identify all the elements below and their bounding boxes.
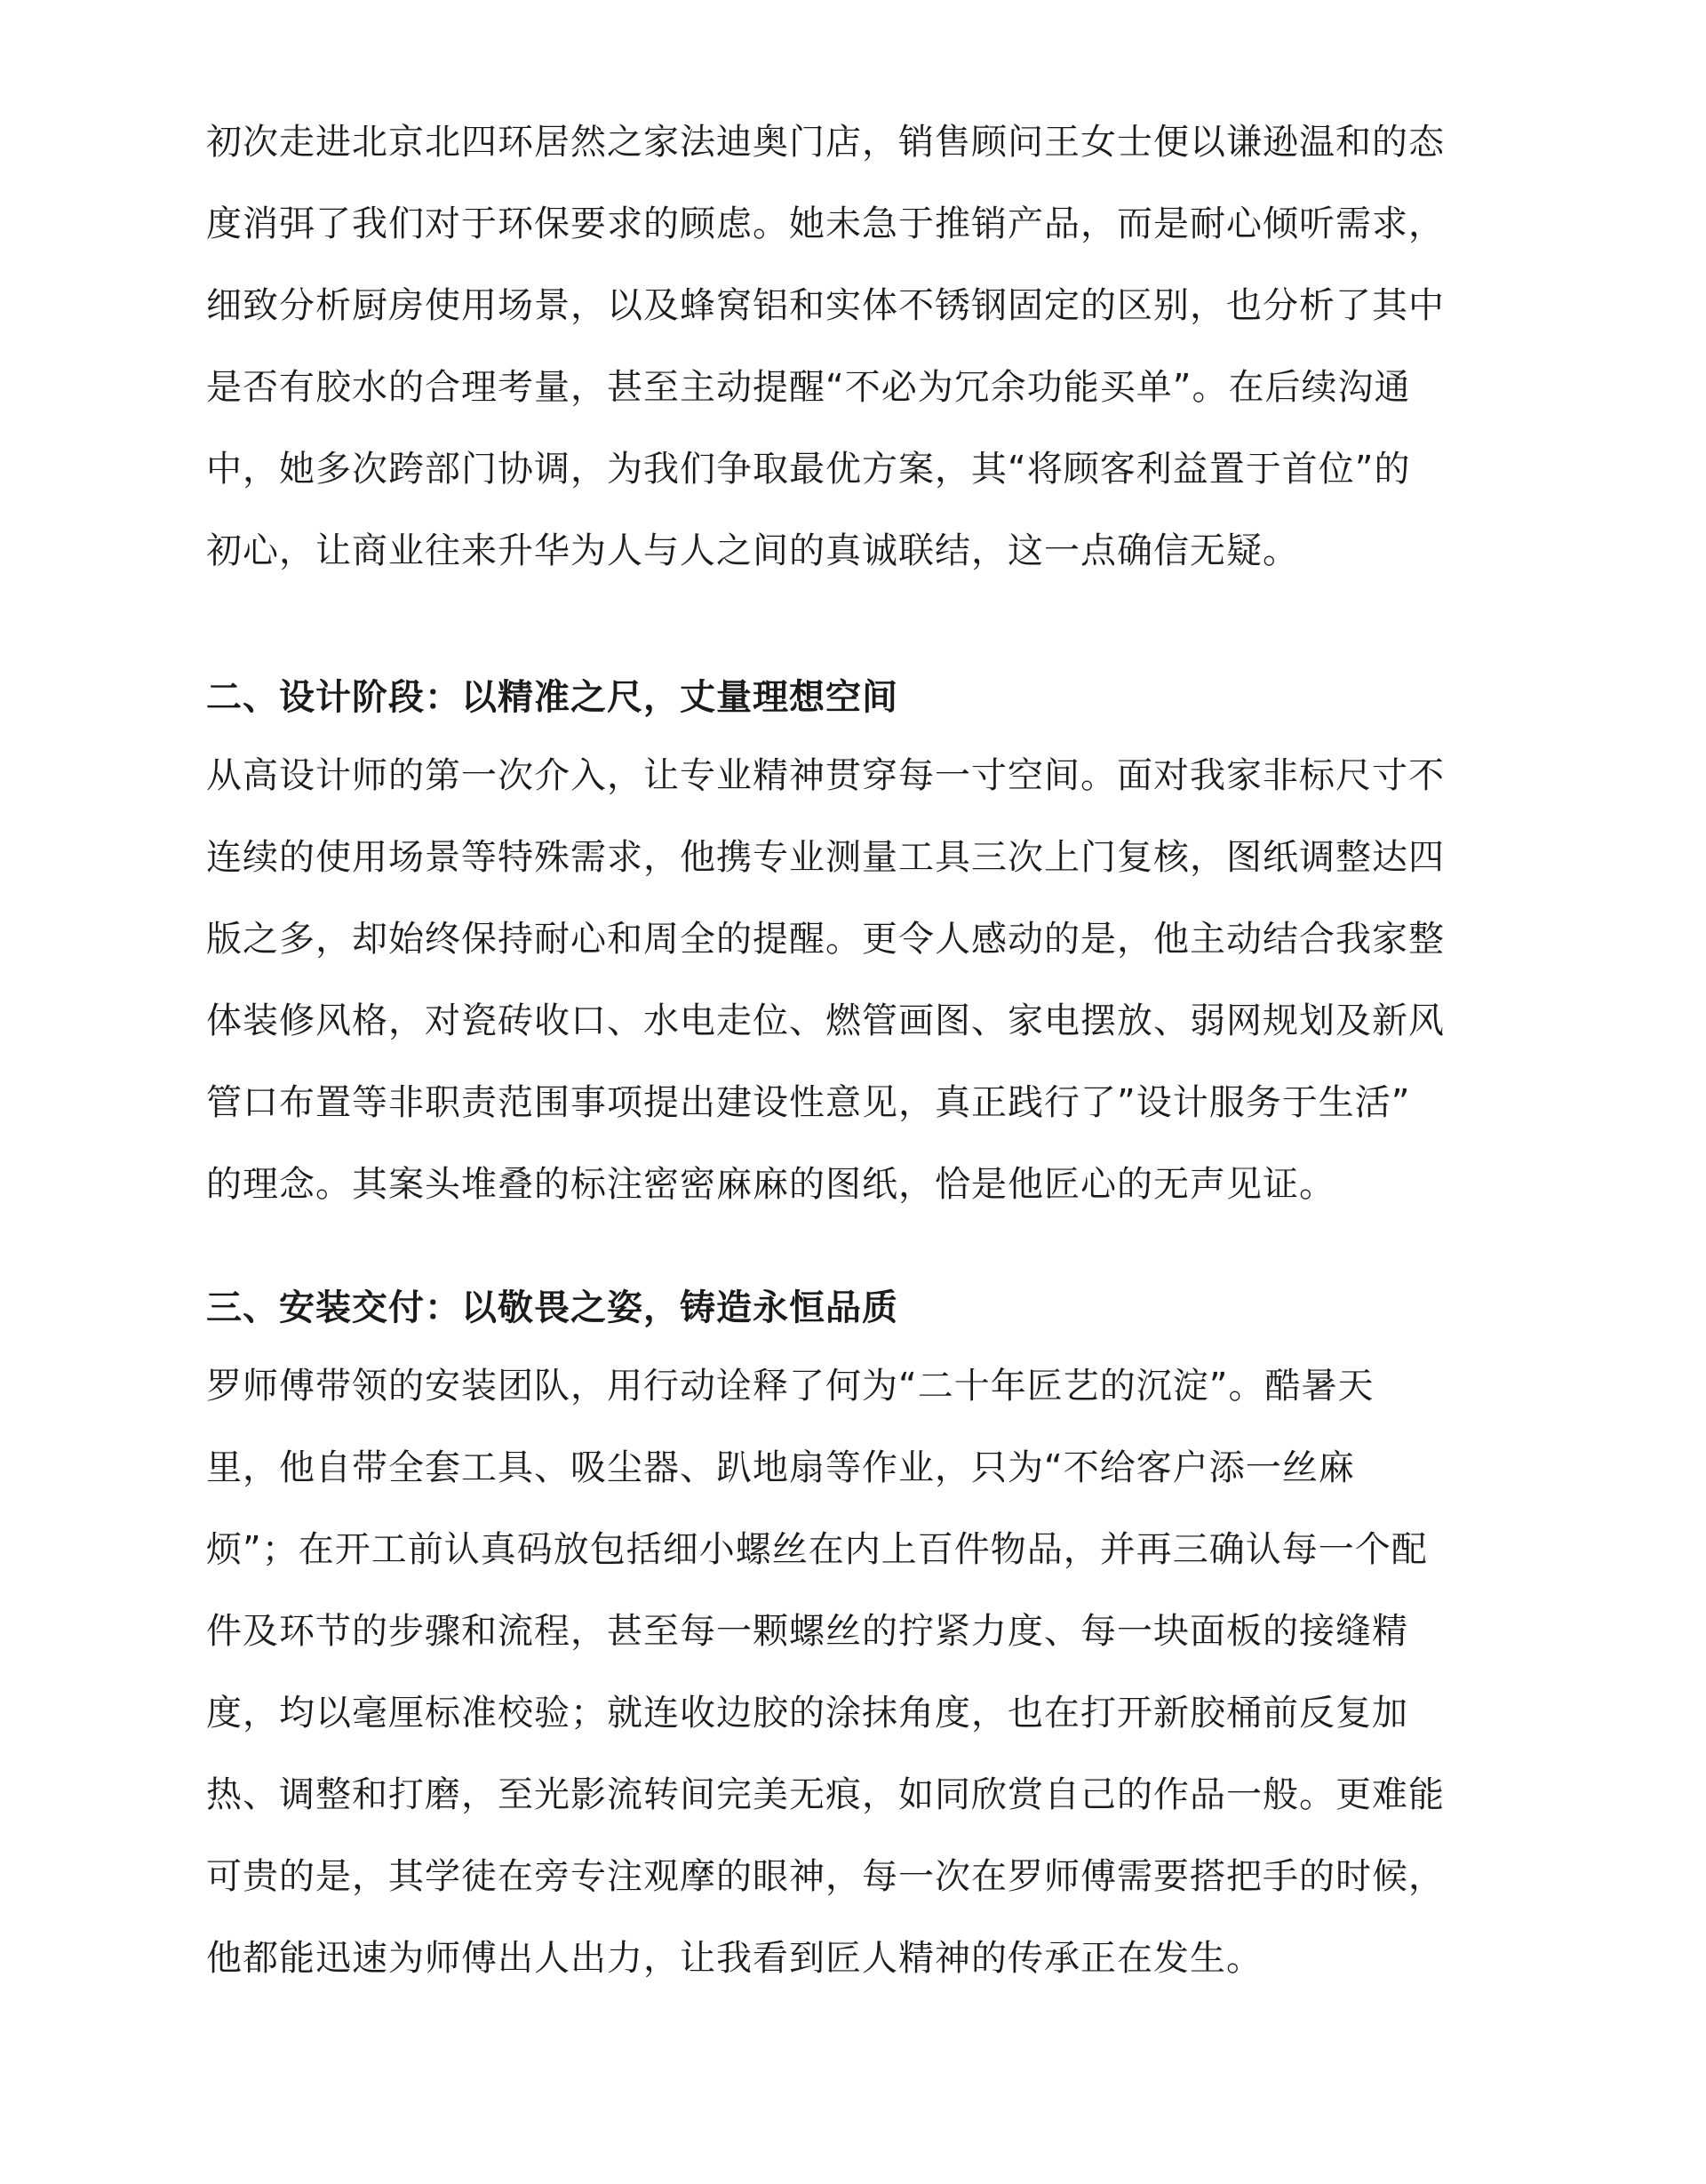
paragraph-line: 他都能迅速为师傅出人出力，让我看到匠人精神的传承正在发生。 [206, 1936, 1263, 1981]
paragraph-line: 中，她多次跨部门协调，为我们争取最优方案，其“将顾客利益置于首位”的 [206, 447, 1410, 491]
paragraph-line: 从高设计师的第一次介入，让专业精神贯穿每一寸空间。面对我家非标尺寸不 [206, 753, 1445, 798]
paragraph-line: 的理念。其案头堆叠的标注密密麻麻的图纸，恰是他匠心的无声见证。 [206, 1162, 1335, 1207]
paragraph-line: 热、调整和打磨，至光影流转间完美无痕，如同欣赏自己的作品一般。更难能 [206, 1773, 1445, 1817]
paragraph-line: 是否有胶水的合理考量，甚至主动提醒“不必为冗余功能买单”。在后续沟通 [206, 365, 1410, 410]
paragraph-line: 件及环节的步骤和流程，甚至每一颗螺丝的拧紧力度、每一块面板的接缝精 [206, 1609, 1408, 1654]
section-heading: 二、设计阶段：以精准之尺，丈量理想空间 [206, 675, 898, 720]
paragraph-line: 度消弭了我们对于环保要求的顾虑。她未急于推销产品，而是耐心倾听需求， [206, 202, 1445, 246]
paragraph-line: 管口布置等非职责范围事项提出建设性意见，真正践行了”设计服务于生活” [206, 1080, 1410, 1125]
paragraph-line: 版之多，却始终保持耐心和周全的提醒。更令人感动的是，他主动结合我家整 [206, 917, 1445, 961]
paragraph-line: 烦”；在开工前认真码放包括细小螺丝在内上百件物品，并再三确认每一个配 [206, 1527, 1428, 1572]
paragraph-line: 体装修风格，对瓷砖收口、水电走位、燃管画图、家电摆放、弱网规划及新风 [206, 999, 1445, 1043]
paragraph-line: 连续的使用场景等特殊需求，他携专业测量工具三次上门复核，图纸调整达四 [206, 835, 1445, 880]
paragraph-line: 细致分析厨房使用场景，以及蜂窝铝和实体不锈钢固定的区别，也分析了其中 [206, 283, 1445, 328]
paragraph-line: 初次走进北京北四环居然之家法迪奥门店，销售顾问王女士便以谦逊温和的态 [206, 120, 1445, 164]
paragraph-line: 罗师傅带领的安装团队，用行动诠释了何为“二十年匠艺的沉淀”。酷暑天 [206, 1364, 1374, 1408]
paragraph-line: 可贵的是，其学徒在旁专注观摩的眼神，每一次在罗师傅需要搭把手的时候， [206, 1854, 1445, 1899]
section-heading: 三、安装交付：以敬畏之姿，铸造永恒品质 [206, 1286, 898, 1330]
paragraph-line: 初心，让商业往来升华为人与人之间的真诚联结，这一点确信无疑。 [206, 529, 1299, 573]
paragraph-line: 里，他自带全套工具、吸尘器、趴地扇等作业，只为“不给客户添一丝麻 [206, 1446, 1355, 1490]
paragraph-line: 度，均以毫厘标准校验；就连收边胶的涂抹角度，也在打开新胶桶前反复加 [206, 1691, 1408, 1735]
